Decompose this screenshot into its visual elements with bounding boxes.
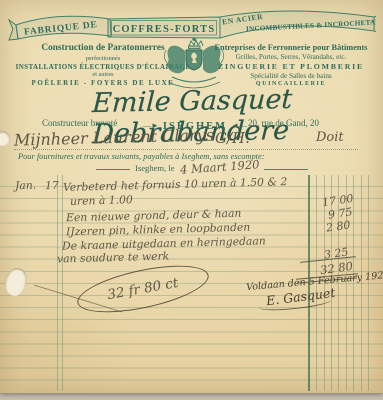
rule-dash [96, 169, 130, 170]
rule-dash [264, 169, 308, 170]
scanned-invoice: FABRIQUE DE COFFRES-FORTS EN ACIER INCOM… [0, 0, 383, 400]
entry-description: uren à 1.00 [70, 193, 133, 208]
ledger-rule-vertical [62, 175, 63, 391]
ledger-rule-vertical [368, 175, 369, 391]
street-address: 20, rue de Gand, 20 [248, 118, 319, 128]
invoice-paper: FABRIQUE DE COFFRES-FORTS EN ACIER INCOM… [0, 0, 383, 393]
service-line: Spécialité de Salles de bains [204, 72, 378, 81]
constructor-title: Constructeur breveté [42, 118, 117, 128]
service-line: ZINGUERIE ET PLOMBERIE [204, 62, 378, 72]
entry-day: 17 [45, 179, 59, 192]
doit-label: Doit [316, 130, 344, 145]
service-line: Entreprises de Ferronnerie pour Bâtiment… [204, 43, 378, 53]
ledger-rule-vertical [57, 175, 58, 391]
customer-monogram: G/H. [215, 129, 250, 147]
entry-month: Jan. [15, 179, 36, 193]
customer-underline [14, 149, 358, 150]
circled-total-text: 32 fr 80 ct [106, 275, 179, 303]
date-line-printed: Iseghem, le [135, 163, 175, 173]
service-line: Grilles, Portes, Serres, Vérandahs, etc. [204, 53, 378, 62]
banner-seg2: COFFRES-FORTS [113, 24, 216, 35]
